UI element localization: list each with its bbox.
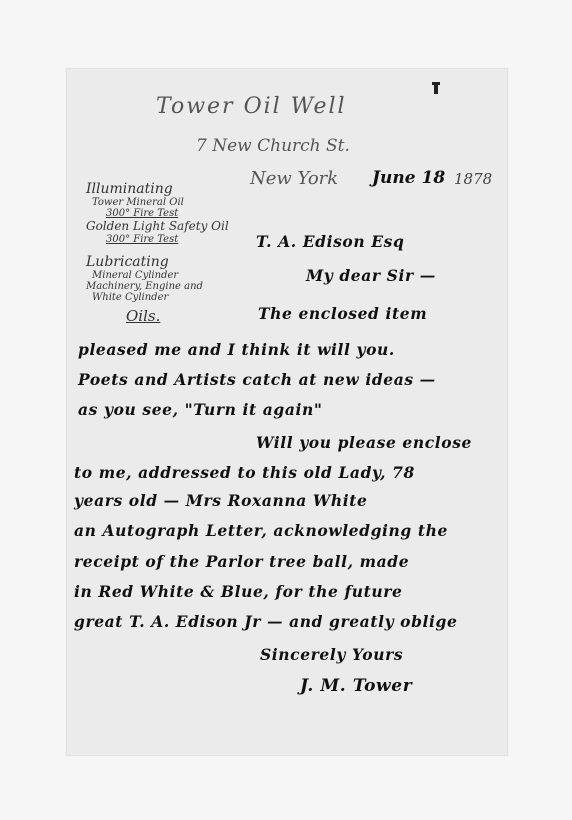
sidebar-line: 300° Fire Test	[106, 208, 246, 219]
letter-line: great T. A. Edison Jr — and greatly obli…	[74, 612, 457, 631]
corner-mark	[434, 82, 438, 94]
letterhead-company: Tower Oil Well	[156, 94, 347, 119]
letter-line: Will you please enclose	[256, 433, 472, 452]
letter-line: to me, addressed to this old Lady, 78	[74, 463, 415, 482]
letterhead-city: New York	[250, 168, 338, 189]
letter-line: receipt of the Parlor tree ball, made	[74, 552, 409, 571]
sidebar-heading-illuminating: Illuminating	[86, 182, 246, 197]
sidebar-line: Tower Mineral Oil	[92, 197, 246, 208]
letter-line: Poets and Artists catch at new ideas —	[78, 370, 436, 389]
sidebar-footer: Oils.	[126, 307, 246, 325]
letter-closing: Sincerely Yours	[260, 645, 403, 664]
letter-line: My dear Sir —	[306, 266, 436, 285]
letter-line: an Autograph Letter, acknowledging the	[74, 521, 448, 540]
letter-line: pleased me and I think it will you.	[78, 340, 395, 359]
letter-line: T. A. Edison Esq	[256, 232, 404, 251]
letter-line: years old — Mrs Roxanna White	[74, 491, 367, 510]
letter-line: The enclosed item	[258, 304, 427, 323]
letterhead-sidebar: Illuminating Tower Mineral Oil 300° Fire…	[86, 182, 246, 325]
letter-line: in Red White & Blue, for the future	[74, 582, 402, 601]
letter-year: 1878	[454, 170, 492, 188]
letterhead-address: 7 New Church St.	[196, 136, 350, 156]
letter-line: as you see, "Turn it again"	[78, 400, 323, 419]
sidebar-line: White Cylinder	[92, 292, 246, 303]
letter-signature: J. M. Tower	[300, 676, 412, 696]
letter-date: June 18	[372, 168, 445, 188]
sidebar-line: Golden Light Safety Oil	[86, 219, 246, 234]
sidebar-line: Mineral Cylinder	[92, 270, 246, 281]
sidebar-heading-lubricating: Lubricating	[86, 255, 246, 270]
sidebar-line: Machinery, Engine and	[86, 281, 246, 292]
sidebar-line: 300° Fire Test	[106, 234, 246, 245]
